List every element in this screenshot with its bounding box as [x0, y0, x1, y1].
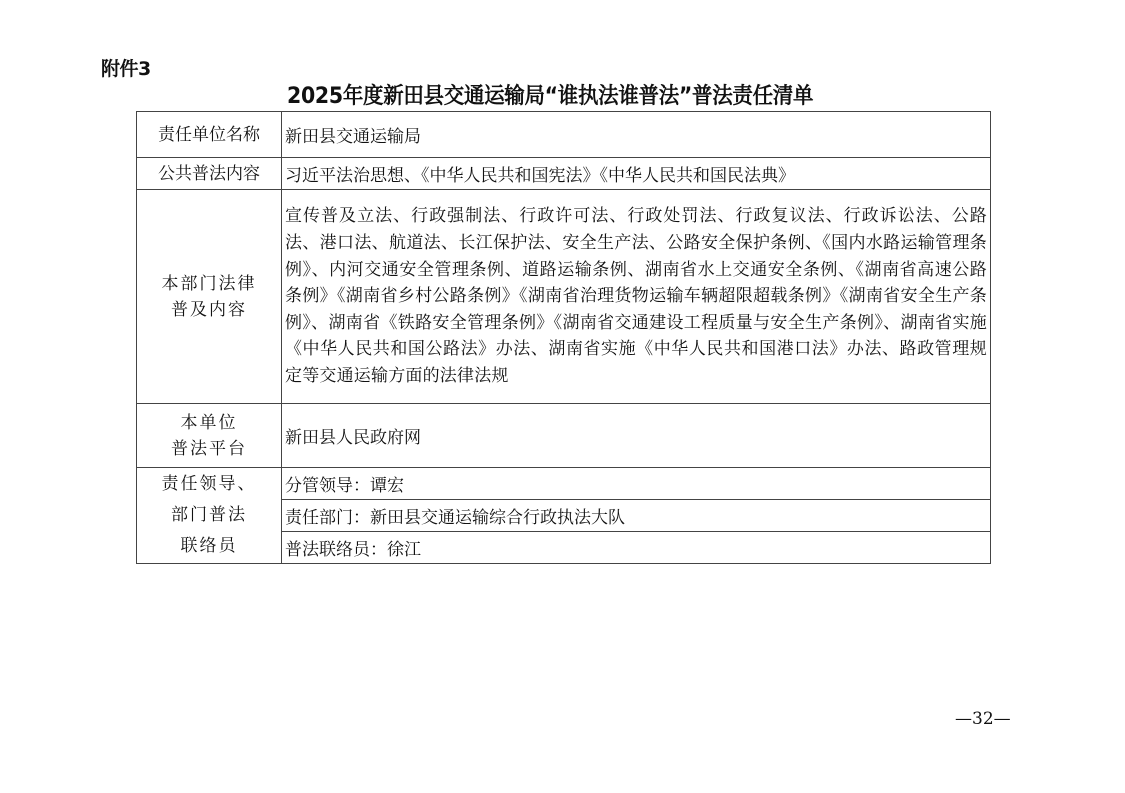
unit-name-label: 责任单位名称: [137, 112, 282, 158]
platform-label-line: 本单位: [137, 410, 281, 436]
table-row-public-content: 公共普法内容 习近平法治思想、《中华人民共和国宪法》《中华人民共和国民法典》: [137, 158, 991, 190]
table-row-contact-leader: 责任领导、 部门普法 联络员 分管领导：谭宏: [137, 468, 991, 500]
public-content-label: 公共普法内容: [137, 158, 282, 190]
contacts-label: 责任领导、 部门普法 联络员: [137, 468, 282, 564]
platform-label-line: 普法平台: [137, 436, 281, 462]
dept-content-value: 宣传普及立法、行政强制法、行政许可法、行政处罚法、行政复议法、行政诉讼法、公路法…: [282, 190, 991, 404]
platform-value: 新田县人民政府网: [282, 404, 991, 468]
attachment-label: 附件3: [101, 54, 151, 81]
table-row-platform: 本单位 普法平台 新田县人民政府网: [137, 404, 991, 468]
contact-liaison-value: 普法联络员：徐江: [282, 532, 991, 564]
unit-name-value: 新田县交通运输局: [282, 112, 991, 158]
platform-label: 本单位 普法平台: [137, 404, 282, 468]
responsibility-table: 责任单位名称 新田县交通运输局 公共普法内容 习近平法治思想、《中华人民共和国宪…: [136, 111, 991, 564]
contacts-label-line: 部门普法: [137, 500, 281, 531]
contact-leader-value: 分管领导：谭宏: [282, 468, 991, 500]
dept-content-label: 本部门法律 普及内容: [137, 190, 282, 404]
table-row-unit-name: 责任单位名称 新田县交通运输局: [137, 112, 991, 158]
page-number: —32—: [955, 709, 1011, 729]
public-content-value: 习近平法治思想、《中华人民共和国宪法》《中华人民共和国民法典》: [282, 158, 991, 190]
dept-content-label-line: 本部门法律: [137, 271, 281, 297]
contacts-label-line: 责任领导、: [137, 469, 281, 500]
table-row-dept-content: 本部门法律 普及内容 宣传普及立法、行政强制法、行政许可法、行政处罚法、行政复议…: [137, 190, 991, 404]
contact-dept-value: 责任部门：新田县交通运输综合行政执法大队: [282, 500, 991, 532]
dept-content-label-line: 普及内容: [137, 297, 281, 323]
contacts-label-line: 联络员: [137, 531, 281, 562]
document-title: 2025年度新田县交通运输局“谁执法谁普法”普法责任清单: [287, 79, 813, 110]
